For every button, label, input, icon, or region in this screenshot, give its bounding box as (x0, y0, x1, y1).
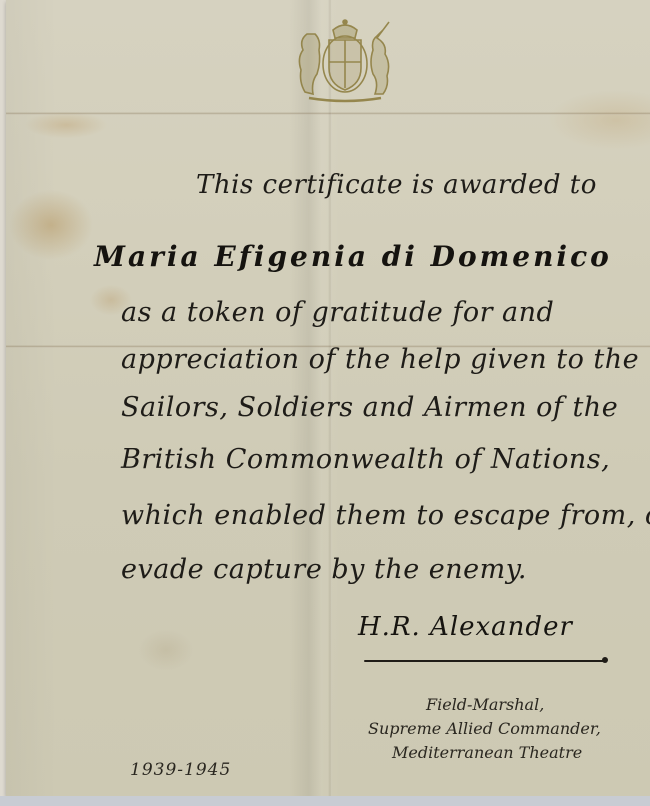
signatory-title-line-1: Field-Marshal, (426, 693, 544, 717)
body-line-1: as a token of gratitude for and (121, 297, 554, 328)
signature-underline-dot (602, 657, 608, 663)
signature: H.R. Alexander (358, 612, 573, 642)
body-line-3: Sailors, Soldiers and Airmen of the (121, 392, 618, 423)
signatory-title-line-2: Supreme Allied Commander, (368, 717, 601, 741)
recipient-name: Maria Efigenia di Domenico (94, 240, 612, 273)
body-line-6: evade capture by the enemy. (121, 554, 527, 585)
royal-coat-of-arms-icon (289, 18, 401, 104)
photo-of-certificate: This certificate is awarded to Maria Efi… (0, 0, 650, 806)
body-line-5: which enabled them to escape from, or (121, 500, 650, 531)
intro-text: This certificate is awarded to (196, 170, 597, 200)
body-line-2: appreciation of the help given to the (121, 344, 639, 375)
signatory-title-line-3: Mediterranean Theatre (392, 741, 582, 765)
background-surface (0, 796, 650, 806)
certificate-paper: This certificate is awarded to Maria Efi… (6, 0, 650, 796)
date-range: 1939-1945 (130, 760, 231, 780)
signature-underline (364, 660, 604, 662)
body-line-4: British Commonwealth of Nations, (121, 444, 610, 475)
